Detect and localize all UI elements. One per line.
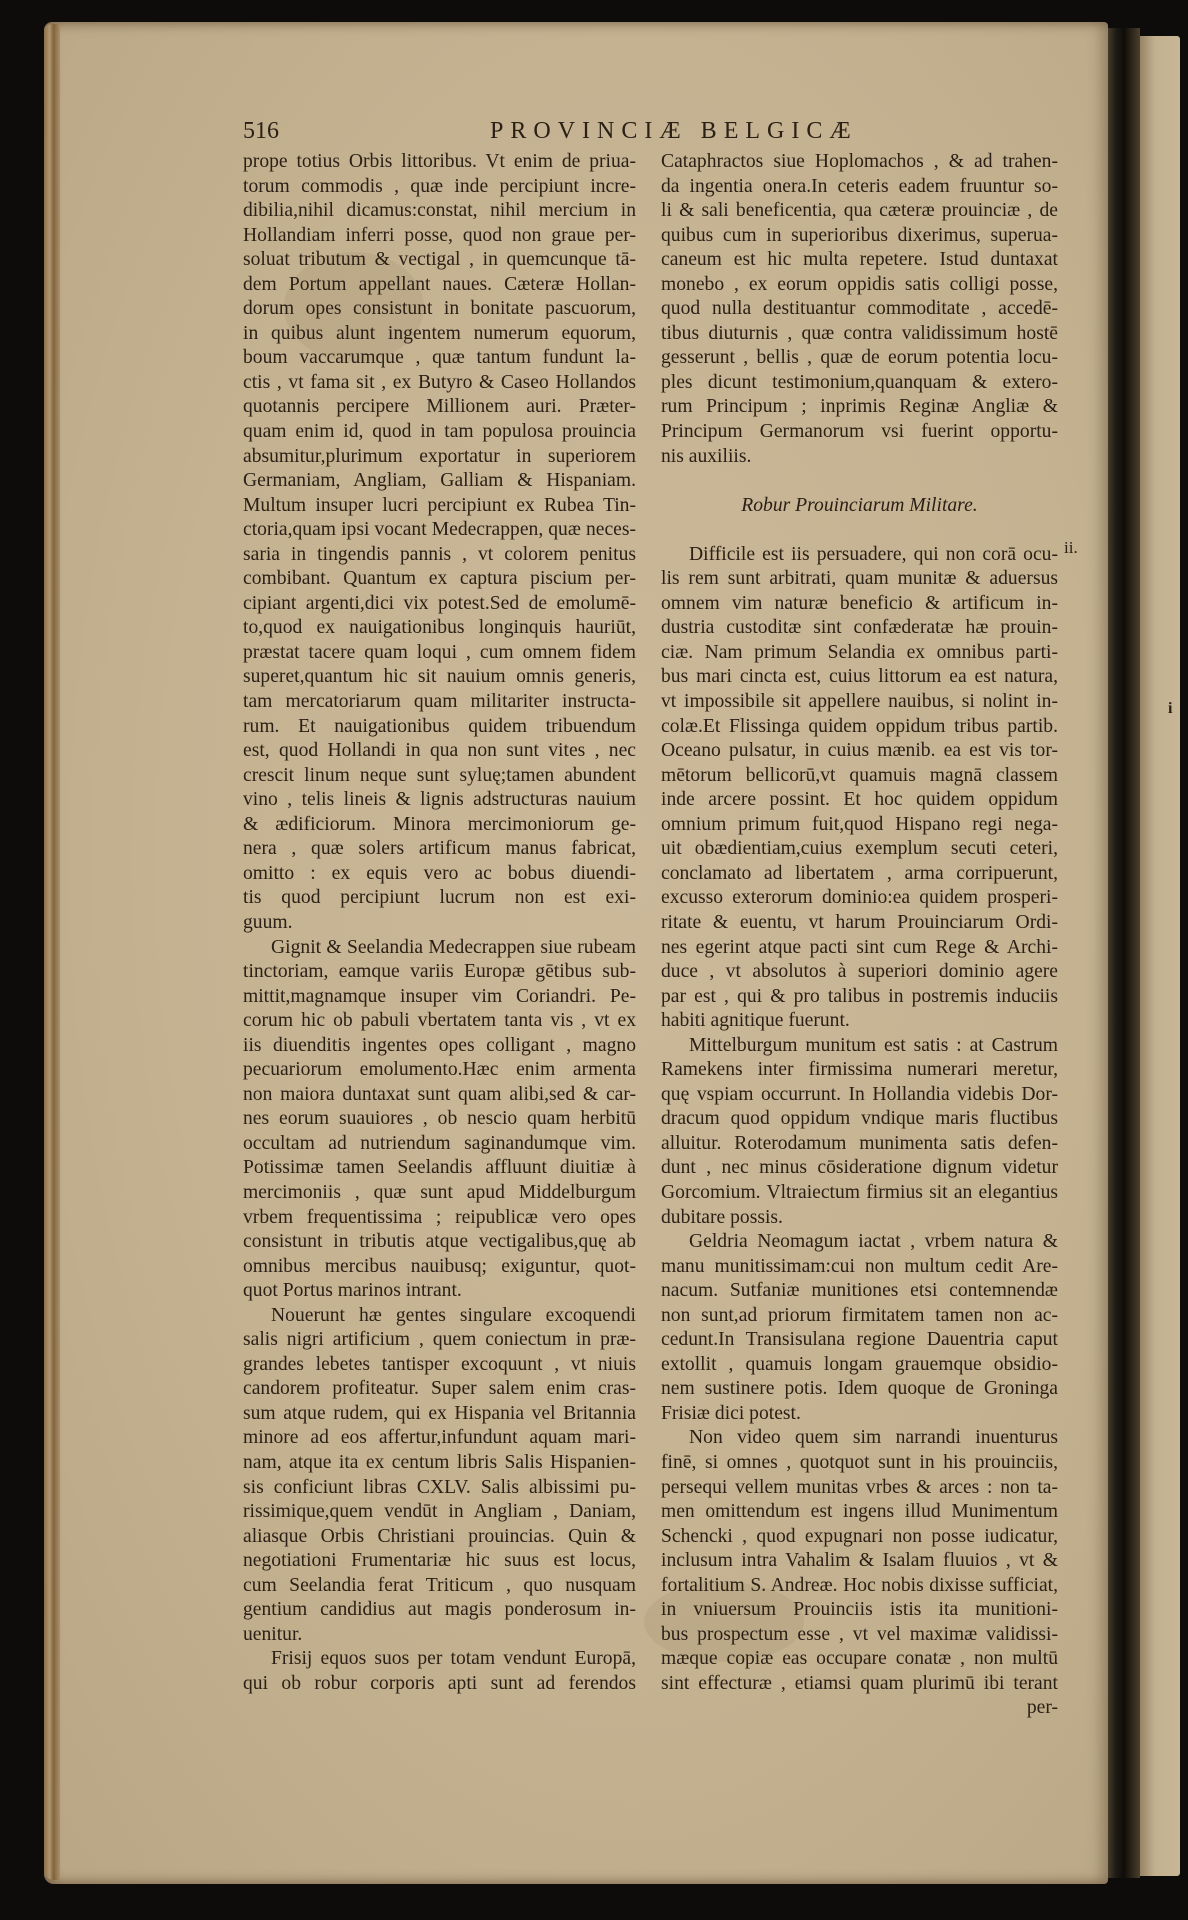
text-line: crescit linum neque sunt syluę;tamen abu… [243,764,636,789]
text-line: rum Principum ; inprimis Reginæ Angliæ & [661,395,1058,420]
text-line: omnem vim naturæ beneficio & artificum i… [661,592,1058,617]
text-line: nes eorum suauiores , ob nescio quam her… [243,1107,636,1132]
text-line: quę vspiam occurrunt. In Hollandia videb… [661,1083,1058,1108]
facing-page-edge [1138,36,1180,1876]
text-line: Mittelburgum munitum est satis : at Cast… [661,1034,1058,1059]
text-line: in vniuersum Prouinciis istis ita muniti… [661,1598,1058,1623]
text-line: fortalitium S. Andreæ. Hoc nobis dixisse… [661,1574,1058,1599]
text-line: nes egerint atque pacti sint cum Rege & … [661,936,1058,961]
text-line: quam enim id, quod in tam populosa proui… [243,420,636,445]
text-line: Frisiæ dici potest. [661,1402,1058,1427]
text-line: vrbem frequentissima ; reipublicæ vero o… [243,1206,636,1231]
text-line: minore ad eos affertur,infundunt aquam m… [243,1426,636,1451]
text-line: non maiora duntaxat sunt quam alibi,sed … [243,1083,636,1108]
text-line: quotannis percipere Millionem auri. Præt… [243,395,636,420]
text-line: mittit,magnamque insuper vim Coriandri. … [243,985,636,1010]
running-title: PROVINCIÆ BELGICÆ [490,118,858,145]
text-line: in quibus alunt ingentem numerum equorum… [243,322,636,347]
text-line: omitto : ex equis vero ac bobus diuendi- [243,862,636,887]
text-line: mercimoniis , quæ sunt apud Middelburgum [243,1181,636,1206]
text-line: Geldria Neomagum iactat , vrbem natura & [661,1230,1058,1255]
text-line: dunt , nec minus cōsideratione dignum vi… [661,1156,1058,1181]
text-line: lis rem sunt arbitrati, quam munitæ & ad… [661,567,1058,592]
text-line: omnium primum fuit,quod Hispano regi neg… [661,813,1058,838]
text-line: qui ob robur corporis apti sunt ad feren… [243,1672,636,1697]
text-line: extollit , quamuis longam grauemque obsi… [661,1353,1058,1378]
text-line: combibant. Quantum ex captura piscium pe… [243,567,636,592]
text-line: dibilia,nihil dicamus:constat, nihil mer… [243,199,636,224]
text-line: rum. Et nauigationibus quidem tribuendum [243,715,636,740]
text-line: Frisij equos suos per totam vendunt Euro… [243,1647,636,1672]
text-line: saria in tingendis pannis , vt colorem p… [243,543,636,568]
text-line: ples dicunt testimonium,quanquam & exter… [661,371,1058,396]
text-line: tibus diuturnis , quæ contra validissimu… [661,322,1058,347]
text-line: uenitur. [243,1623,636,1648]
text-line: corum hic ob pabuli vbertatem tanta vis … [243,1009,636,1034]
left-text-column: prope totius Orbis littoribus. Vt enim d… [243,150,636,1696]
text-line: Principum Germanorum vsi fuerint opportu… [661,420,1058,445]
text-line: rissimique,quem vendūt in Angliam , Dani… [243,1500,636,1525]
text-line: dracum quod oppidum vndique maris flucti… [661,1107,1058,1132]
text-line: grandes lebetes tantisper excoquunt , vt… [243,1353,636,1378]
text-line: mētorum bellicorū,vt quamuis magnā class… [661,764,1058,789]
text-line: iis diuenditis ingentes opes colligant ,… [243,1034,636,1059]
text-line: ctis , vt fama sit , ex Butyro & Caseo H… [243,371,636,396]
text-line: Oceano pulsatur, in cuius mænib. ea est … [661,739,1058,764]
text-line: to,quod ex nauigationibus longinquis hau… [243,616,636,641]
text-line: nem sustinere potis. Idem quoque de Gron… [661,1377,1058,1402]
text-line: finē, si omnes , quotquot sunt in his pr… [661,1451,1058,1476]
text-line: sint effecturæ , etiamsi quam plurimū ib… [661,1672,1058,1697]
text-line: Ramekens inter firmissima numerari meret… [661,1058,1058,1083]
text-line: ctoria,quam ipsi vocant Medecrappen, quæ… [243,518,636,543]
text-line: torum commodis , quæ inde percipiunt inc… [243,175,636,200]
text-line: inclusum intra Vahalim & Isalam fluuios … [661,1549,1058,1574]
text-line: monebo , ex eorum oppidis satis colligi … [661,273,1058,298]
text-line: pecuariorum emolumento.Hæc enim armenta [243,1058,636,1083]
text-line: Potissimæ tamen Seelandis affluunt diuit… [243,1156,636,1181]
text-line: candorem profiteatur. Super salem enim c… [243,1377,636,1402]
text-line: per- [661,1696,1058,1721]
text-line: quot Portus marinos intrant. [243,1279,636,1304]
text-line: Hollandiam inferri posse, quod non graue… [243,224,636,249]
text-line: persequi vellem munitas vrbes & arces : … [661,1476,1058,1501]
blank-line [661,518,1058,543]
section-heading: Robur Prouinciarum Militare. [661,494,1058,519]
text-line: excusso exterorum dominio:ea quidem pros… [661,886,1058,911]
page-edge-left [44,24,60,1880]
text-line: gentium candidius aut magis ponderosum i… [243,1598,636,1623]
text-line: sum atque rudem, qui ex Hispania vel Bri… [243,1402,636,1427]
running-header: 516 PROVINCIÆ BELGICÆ [0,118,1188,148]
text-line: bus mari cincta est, cuius littorum ea e… [661,665,1058,690]
text-line: nam, atque ita ex centum libris Salis Hi… [243,1451,636,1476]
text-line: manu munitissimam:cui non multum cedit A… [661,1255,1058,1280]
text-line: Cataphractos siue Hoplomachos , & ad tra… [661,150,1058,175]
text-line: tis quod percipiunt lucrum non est exi- [243,886,636,911]
text-line: caneum est hic multa repetere. Istud dun… [661,248,1058,273]
text-line: da ingentia onera.In ceteris eadem fruun… [661,175,1058,200]
text-line: nacum. Sutfaniæ munitiones etsi contemne… [661,1279,1058,1304]
text-line: est, quod Hollandi in qua non sunt vites… [243,739,636,764]
text-line: dem Portum appellant naues. Cæteræ Holla… [243,273,636,298]
text-line: Difficile est iis persuadere, qui non co… [661,543,1058,568]
text-line: uit obædientiam,cuius exemplum secuti ce… [661,837,1058,862]
text-line: guum. [243,911,636,936]
right-text-column: Cataphractos siue Hoplomachos , & ad tra… [661,150,1058,1721]
text-line: inde arcere possint. Et hoc quidem oppid… [661,788,1058,813]
text-line: cum Seelandia ferat Triticum , quo nusqu… [243,1574,636,1599]
text-line: bus prospectum esse , vt vel maximæ vali… [661,1623,1058,1648]
text-line: quibus cum in superioribus dixerimus, su… [661,224,1058,249]
text-line: occultam ad nutriendum saginandumque vim… [243,1132,636,1157]
text-line: vino , telis lineis & lignis adstructura… [243,788,636,813]
text-line: duce , vt absolutos à superiori dominio … [661,960,1058,985]
text-line: dorum opes consistunt in bonitate pascuo… [243,297,636,322]
text-line: nera , quæ solers artificum manus fabric… [243,837,636,862]
text-line: prope totius Orbis littoribus. Vt enim d… [243,150,636,175]
blank-line [661,469,1058,494]
text-line: superet,quantum hic sit nauium omnis gen… [243,665,636,690]
page-number: 516 [243,118,279,145]
text-line: quod nulla destituantur commoditate , ac… [661,297,1058,322]
text-line: cedunt.In Transisulana regione Dauentria… [661,1328,1058,1353]
text-line: gesserunt , bellis , quæ de eorum potent… [661,346,1058,371]
text-line: conclamato ad libertatem , arma corripue… [661,862,1058,887]
text-line: præstat tacere quam loqui , cum omnem fi… [243,641,636,666]
text-line: omnibus mercibus nauibusq; exiguntur, qu… [243,1255,636,1280]
text-line: Non video quem sim narrandi inuenturus [661,1426,1058,1451]
text-line: non sunt,ad priorum firmitatem tamen non… [661,1304,1058,1329]
text-line: Gorcomium. Vltraiectum firmius sit an el… [661,1181,1058,1206]
text-line: Gignit & Seelandia Medecrappen siue rube… [243,936,636,961]
text-line: cipiant argenti,dici vix potest.Sed de e… [243,592,636,617]
text-line: sis conficiunt libras CXLV. Salis albiss… [243,1476,636,1501]
text-line: dubitare possis. [661,1206,1058,1231]
text-line: habiti agnitique fuerunt. [661,1009,1058,1034]
text-line: vt impossibile sit appellere nauibus, si… [661,690,1058,715]
text-line: mæque copiæ eas occupare conatæ , non mu… [661,1647,1058,1672]
text-line: negotiationi Frumentariæ hic suus est lo… [243,1549,636,1574]
text-line: salis nigri artificium , quem coniectum … [243,1328,636,1353]
text-line: boum vaccarumque , quæ tantum fundunt la… [243,346,636,371]
text-line: ritate & euentu, vt harum Prouinciarum O… [661,911,1058,936]
text-line: men omittendum est ingens illud Muniment… [661,1500,1058,1525]
text-line: colæ.Et Flissinga quidem oppidum tribus … [661,715,1058,740]
facing-page-fragment: i [1168,700,1172,718]
text-line: & ædificiorum. Minora mercimoniorum ge- [243,813,636,838]
text-line: aliasque Orbis Christiani prouincias. Qu… [243,1525,636,1550]
text-line: soluat tributum & vectigal , in quemcunq… [243,248,636,273]
text-line: Multum insuper lucri percipiunt ex Rubea… [243,494,636,519]
text-line: ciæ. Nam primum Selandia ex omnibus part… [661,641,1058,666]
text-line: alluitur. Roterodamum munimenta satis de… [661,1132,1058,1157]
text-line: dustria custoditæ sint confæderatæ hæ pr… [661,616,1058,641]
text-line: nis auxiliis. [661,445,1058,470]
text-line: Nouerunt hæ gentes singulare excoquendi [243,1304,636,1329]
text-line: par est , qui & pro talibus in postremis… [661,985,1058,1010]
text-line: tam mercatoriarum quam militariter instr… [243,690,636,715]
text-line: Schencki , quod expugnari non posse iudi… [661,1525,1058,1550]
text-line: absumitur,plurimum exportatur in superio… [243,445,636,470]
text-line: Germaniam, Angliam, Galliam & Hispaniam. [243,469,636,494]
text-line: consistunt in tributis atque vectigalibu… [243,1230,636,1255]
margin-note: ii. [1064,538,1078,558]
text-line: li & sali beneficentia, qua cæteræ proui… [661,199,1058,224]
text-line: tinctoriam, eamque variis Europæ gētibus… [243,960,636,985]
